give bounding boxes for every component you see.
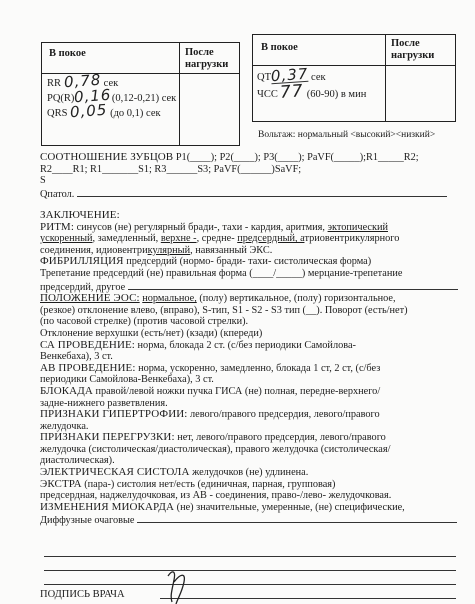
qrs-value-handwritten: 0,05 xyxy=(70,105,108,119)
notes-line-1[interactable] xyxy=(44,556,456,557)
hr-value-handwritten: 77 xyxy=(280,86,304,99)
header-after-load: После нагрузки xyxy=(391,38,453,62)
other-field[interactable] xyxy=(128,280,458,290)
diffuse-line: Диффузные очаговые xyxy=(40,513,470,527)
diffuse-field[interactable] xyxy=(137,513,457,523)
conclusion-title: ЗАКЛЮЧЕНИЕ: xyxy=(40,210,470,222)
conclusion-section: ЗАКЛЮЧЕНИЕ: РИТМ: синусов (не) регулярны… xyxy=(40,210,470,527)
ratio-line-3: S xyxy=(40,175,470,187)
q-pathological-field[interactable] xyxy=(77,187,447,197)
qrs-row: QRS 0,05 (до 0,1) сек xyxy=(47,106,161,120)
table-divider xyxy=(385,35,386,121)
eos-block: ПОЛОЖЕНИЕ ЭОС: нормальное, (полу) вертик… xyxy=(40,293,470,328)
notes-line-2[interactable] xyxy=(44,570,456,571)
ecg-report-page: В покое После нагрузки RR 0,78 сек PQ(R)… xyxy=(0,0,475,604)
q-pathological-line: Qпатол. xyxy=(40,187,470,201)
block-line: БЛОКАДА правой/левой ножки пучка ГИСА (н… xyxy=(40,386,470,409)
pq-row: PQ(R)0,16(0,12-0,21) сек xyxy=(47,91,176,105)
sa-block: СА ПРОВЕДЕНИЕ: норма, блокада 2 ст. (с/б… xyxy=(40,340,470,363)
overload-block: ПРИЗНАКИ ПЕРЕГРУЗКИ: нет, левого/правого… xyxy=(40,432,470,467)
ratio-line-1: СООТНОШЕНИЕ ЗУБЦОВ P1(____); P2(____); P… xyxy=(40,152,470,164)
header-after-load: После нагрузки xyxy=(185,47,240,71)
voltage-line: Вольтаж: нормальный <высокий><низкий> xyxy=(258,130,435,140)
notes-line-3[interactable] xyxy=(44,584,456,585)
myocardium-line: ИЗМЕНЕНИЯ МИОКАРДА (не) значительные, ум… xyxy=(40,502,470,514)
ratio-line-2: R2____R1; R1_______S1; R3______S3; PaVF(… xyxy=(40,164,470,176)
header-rest: В покое xyxy=(261,42,298,53)
table-divider xyxy=(179,43,180,145)
hr-row: ЧСС 77 (60-90) в мин xyxy=(257,87,366,101)
extra-block: ЭКСТРА (пара-) систолия нет/есть (единич… xyxy=(40,479,470,502)
flutter-other-line: предсердий, другое xyxy=(40,280,470,294)
rest-measurements-table-right: В покое После нагрузки QT0,37 сек ЧСС 77… xyxy=(252,34,456,122)
signature-label: ПОДПИСЬ ВРАЧА xyxy=(40,589,470,601)
flutter-line: Трепетание предсердий (не) правильная фо… xyxy=(40,268,470,280)
fibrillation-line: ФИБРИЛЛЯЦИЯ предсердий (нормо- бради- та… xyxy=(40,256,470,268)
hypertrophy-block: ПРИЗНАКИ ГИПЕРТРОФИИ: левого/правого пре… xyxy=(40,409,470,432)
ratio-section: СООТНОШЕНИЕ ЗУБЦОВ P1(____); P2(____); P… xyxy=(40,152,470,200)
signature-mark xyxy=(162,568,202,604)
systole-line: ЭЛЕКТРИЧЕСКАЯ СИСТОЛА желудочков (не) уд… xyxy=(40,467,470,479)
av-block: АВ ПРОВЕДЕНИЕ: норма, ускоренно, замедле… xyxy=(40,363,470,386)
header-rest: В покое xyxy=(49,48,86,59)
rest-measurements-table-left: В покое После нагрузки RR 0,78 сек PQ(R)… xyxy=(41,42,240,146)
rhythm-block: РИТМ: синусов (не) регулярный бради-, та… xyxy=(40,222,470,257)
